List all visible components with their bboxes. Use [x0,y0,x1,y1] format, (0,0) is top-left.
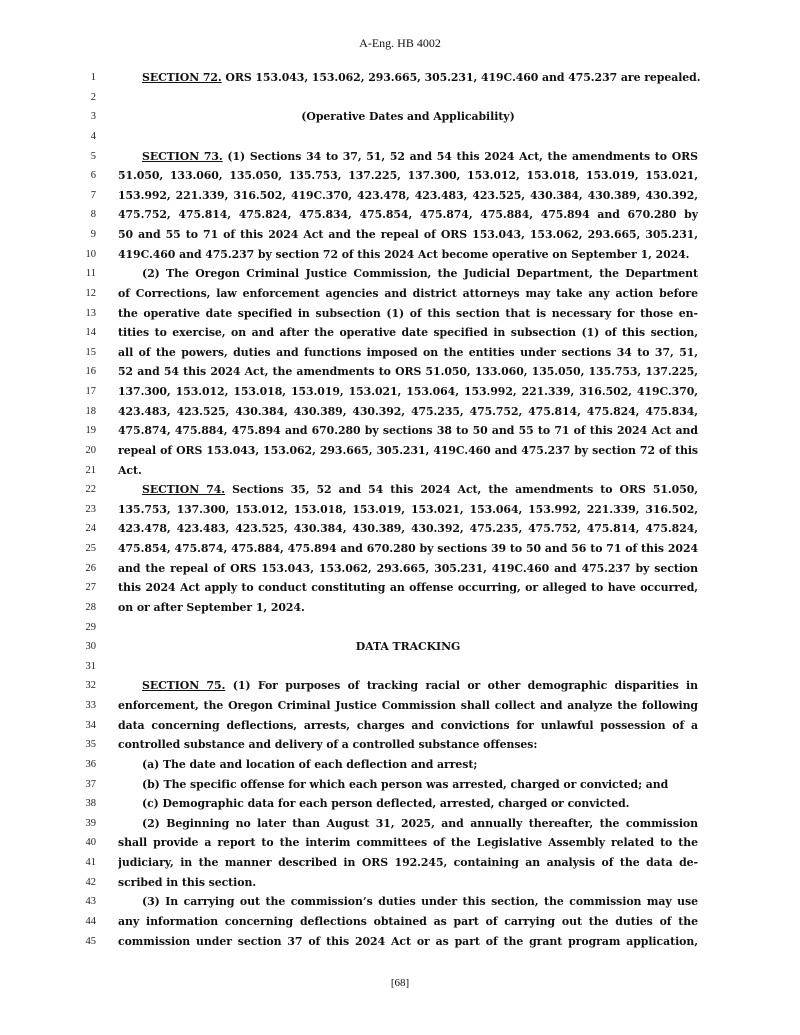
document-line: 30DATA TRACKING [0,637,800,657]
document-body: 1SECTION 72. ORS 153.043, 153.062, 293.6… [0,68,800,951]
document-line: 12of Corrections, law enforcement agenci… [0,284,800,304]
line-number: 20 [70,441,96,461]
document-line: 24423.478, 423.483, 423.525, 430.384, 43… [0,519,800,539]
line-text: shall provide a report to the interim co… [118,833,698,853]
line-text: scribed in this section. [118,873,698,893]
line-number: 5 [70,147,96,167]
document-line: 17137.300, 153.012, 153.018, 153.019, 15… [0,382,800,402]
document-line: 26and the repeal of ORS 153.043, 153.062… [0,559,800,579]
line-number: 2 [70,88,96,108]
document-line: 8475.752, 475.814, 475.824, 475.834, 475… [0,205,800,225]
document-line: 27this 2024 Act apply to conduct constit… [0,578,800,598]
document-line: 651.050, 133.060, 135.050, 135.753, 137.… [0,166,800,186]
line-number: 12 [70,284,96,304]
line-text: 153.992, 221.339, 316.502, 419C.370, 423… [118,186,698,206]
document-line: 19475.874, 475.884, 475.894 and 670.280 … [0,421,800,441]
line-number: 40 [70,833,96,853]
document-line: 34data concerning deflections, arrests, … [0,716,800,736]
line-text: this 2024 Act apply to conduct constitut… [118,578,698,598]
document-line: 33enforcement, the Oregon Criminal Justi… [0,696,800,716]
line-text: any information concerning deflections o… [118,912,698,932]
line-text: 423.478, 423.483, 423.525, 430.384, 430.… [118,519,698,539]
line-text: 475.874, 475.884, 475.894 and 670.280 by… [118,421,698,441]
line-text: 475.854, 475.874, 475.884, 475.894 and 6… [118,539,698,559]
document-line: 37(b) The specific offense for which eac… [0,775,800,795]
line-text: data concerning deflections, arrests, ch… [118,716,698,736]
line-number: 3 [70,107,96,127]
document-line: 1SECTION 72. ORS 153.043, 153.062, 293.6… [0,68,800,88]
line-number: 37 [70,775,96,795]
line-text: SECTION 74. Sections 35, 52 and 54 this … [142,480,698,500]
line-text: judiciary, in the manner described in OR… [118,853,698,873]
line-text: the operative date specified in subsecti… [118,304,698,324]
line-number: 45 [70,932,96,952]
section-text: ORS 153.043, 153.062, 293.665, 305.231, … [222,71,701,84]
line-number: 13 [70,304,96,324]
line-number: 14 [70,323,96,343]
document-header: A-Eng. HB 4002 [0,36,800,51]
document-line: 32SECTION 75. (1) For purposes of tracki… [0,676,800,696]
line-text: (b) The specific offense for which each … [142,775,698,795]
line-number: 28 [70,598,96,618]
document-line: 4 [0,127,800,147]
document-line: 950 and 55 to 71 of this 2024 Act and th… [0,225,800,245]
line-number: 16 [70,362,96,382]
line-number: 24 [70,519,96,539]
line-text: (a) The date and location of each deflec… [142,755,698,775]
document-line: 25475.854, 475.874, 475.884, 475.894 and… [0,539,800,559]
line-number: 39 [70,814,96,834]
line-text: enforcement, the Oregon Criminal Justice… [118,696,698,716]
document-line: 14tities to exercise, on and after the o… [0,323,800,343]
line-number: 21 [70,461,96,481]
page-number: [68] [0,977,800,989]
line-number: 42 [70,873,96,893]
document-line: 21Act. [0,461,800,481]
section-label: SECTION 74. [142,483,225,496]
line-number: 17 [70,382,96,402]
line-number: 19 [70,421,96,441]
document-line: 44any information concerning deflections… [0,912,800,932]
line-number: 43 [70,892,96,912]
line-number: 4 [70,127,96,147]
line-number: 10 [70,245,96,265]
line-number: 29 [70,618,96,638]
document-line: 28on or after September 1, 2024. [0,598,800,618]
line-number: 7 [70,186,96,206]
document-line: 18423.483, 423.525, 430.384, 430.389, 43… [0,402,800,422]
line-text: (2) The Oregon Criminal Justice Commissi… [142,264,698,284]
line-text: 50 and 55 to 71 of this 2024 Act and the… [118,225,698,245]
document-line: 39(2) Beginning no later than August 31,… [0,814,800,834]
section-text: (1) For purposes of tracking racial or o… [225,679,698,692]
document-line: 35controlled substance and delivery of a… [0,735,800,755]
document-line: 22SECTION 74. Sections 35, 52 and 54 thi… [0,480,800,500]
line-number: 33 [70,696,96,716]
line-text: (c) Demographic data for each person def… [142,794,698,814]
section-label: SECTION 73. [142,150,223,163]
line-number: 23 [70,500,96,520]
line-text: 475.752, 475.814, 475.824, 475.834, 475.… [118,205,698,225]
line-text: SECTION 73. (1) Sections 34 to 37, 51, 5… [142,147,698,167]
line-text: 135.753, 137.300, 153.012, 153.018, 153.… [118,500,698,520]
line-text: controlled substance and delivery of a c… [118,735,698,755]
section-heading: (Operative Dates and Applicability) [118,107,698,127]
line-number: 31 [70,657,96,677]
line-text: of Corrections, law enforcement agencies… [118,284,698,304]
line-number: 35 [70,735,96,755]
document-line: 15all of the powers, duties and function… [0,343,800,363]
document-line: 40shall provide a report to the interim … [0,833,800,853]
document-line: 5SECTION 73. (1) Sections 34 to 37, 51, … [0,147,800,167]
line-text: commission under section 37 of this 2024… [118,932,698,952]
line-number: 34 [70,716,96,736]
line-text: repeal of ORS 153.043, 153.062, 293.665,… [118,441,698,461]
line-number: 22 [70,480,96,500]
line-number: 18 [70,402,96,422]
document-line: 41judiciary, in the manner described in … [0,853,800,873]
section-text: Sections 35, 52 and 54 this 2024 Act, th… [142,483,698,500]
line-text: SECTION 75. (1) For purposes of tracking… [142,676,698,696]
line-text: (2) Beginning no later than August 31, 2… [142,814,698,834]
line-text: 423.483, 423.525, 430.384, 430.389, 430.… [118,402,698,422]
line-number: 1 [70,68,96,88]
line-number: 25 [70,539,96,559]
line-number: 41 [70,853,96,873]
line-text: and the repeal of ORS 153.043, 153.062, … [118,559,698,579]
document-line: 10419C.460 and 475.237 by section 72 of … [0,245,800,265]
document-line: 3(Operative Dates and Applicability) [0,107,800,127]
line-text: tities to exercise, on and after the ope… [118,323,698,343]
document-line: 43(3) In carrying out the commission’s d… [0,892,800,912]
document-line: 11(2) The Oregon Criminal Justice Commis… [0,264,800,284]
document-line: 13the operative date specified in subsec… [0,304,800,324]
document-line: 36(a) The date and location of each defl… [0,755,800,775]
line-number: 44 [70,912,96,932]
document-line: 1652 and 54 this 2024 Act, the amendment… [0,362,800,382]
document-line: 7153.992, 221.339, 316.502, 419C.370, 42… [0,186,800,206]
document-line: 23135.753, 137.300, 153.012, 153.018, 15… [0,500,800,520]
line-number: 36 [70,755,96,775]
line-number: 11 [70,264,96,284]
line-number: 30 [70,637,96,657]
line-text: Act. [118,461,698,481]
line-text: SECTION 72. ORS 153.043, 153.062, 293.66… [142,68,698,88]
line-number: 32 [70,676,96,696]
document-line: 31 [0,657,800,677]
line-number: 9 [70,225,96,245]
section-heading: DATA TRACKING [118,637,698,657]
line-text: 419C.460 and 475.237 by section 72 of th… [118,245,698,265]
line-number: 15 [70,343,96,363]
document-line: 20repeal of ORS 153.043, 153.062, 293.66… [0,441,800,461]
line-number: 8 [70,205,96,225]
line-number: 6 [70,166,96,186]
line-number: 26 [70,559,96,579]
document-line: 45commission under section 37 of this 20… [0,932,800,952]
line-number: 27 [70,578,96,598]
line-text: 137.300, 153.012, 153.018, 153.019, 153.… [118,382,698,402]
line-text: 52 and 54 this 2024 Act, the amendments … [118,362,698,382]
section-label: SECTION 72. [142,71,222,84]
line-number: 38 [70,794,96,814]
line-text: 51.050, 133.060, 135.050, 135.753, 137.2… [118,166,698,186]
document-line: 38(c) Demographic data for each person d… [0,794,800,814]
document-line: 2 [0,88,800,108]
line-text: (3) In carrying out the commission’s dut… [142,892,698,912]
line-text: on or after September 1, 2024. [118,598,698,618]
section-label: SECTION 75. [142,679,225,692]
line-text: all of the powers, duties and functions … [118,343,698,363]
document-line: 42scribed in this section. [0,873,800,893]
document-line: 29 [0,618,800,638]
section-text: (1) Sections 34 to 37, 51, 52 and 54 thi… [223,150,698,163]
